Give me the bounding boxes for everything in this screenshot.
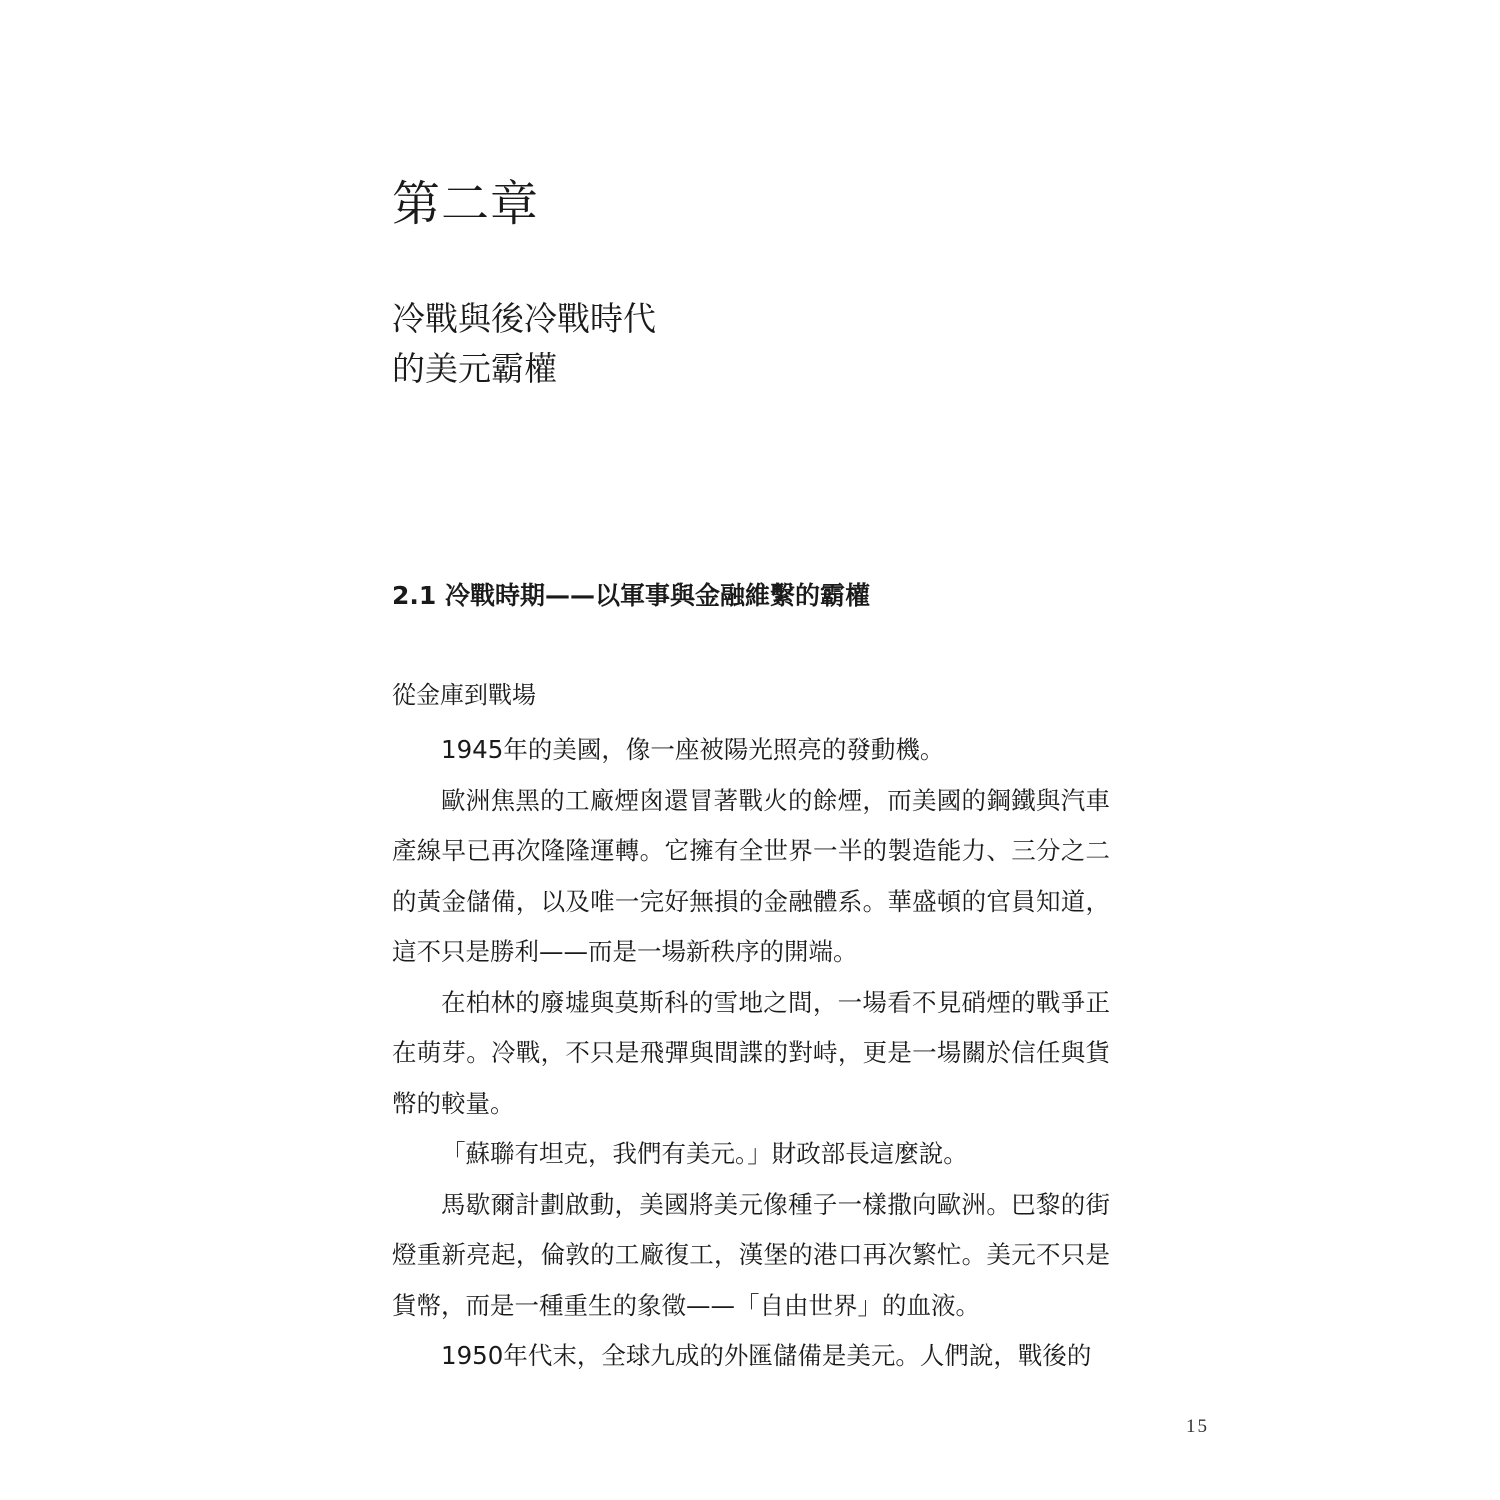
book-page: 第二章 冷戰與後冷戰時代 的美元霸權 2.1 冷戰時期——以軍事與金融維繫的霸權… [392, 0, 1112, 1500]
paragraph: 「蘇聯有坦克，我們有美元。」財政部長這麼說。 [392, 1129, 1110, 1180]
paragraph: 在柏林的廢墟與莫斯科的雪地之間，一場看不見硝煙的戰爭正在萌芽。冷戰，不只是飛彈與… [392, 978, 1110, 1130]
paragraph: 馬歇爾計劃啟動，美國將美元像種子一樣撒向歐洲。巴黎的街燈重新亮起，倫敦的工廠復工… [392, 1180, 1110, 1332]
chapter-title-line-2: 的美元霸權 [392, 344, 656, 394]
chapter-label: 第二章 [392, 174, 539, 234]
chapter-title-line-1: 冷戰與後冷戰時代 [392, 294, 656, 344]
paragraph: 1950年代末，全球九成的外匯儲備是美元。人們說，戰後的 [392, 1331, 1110, 1382]
page-number: 15 [1186, 1416, 1209, 1438]
section-heading: 2.1 冷戰時期——以軍事與金融維繫的霸權 [392, 578, 870, 614]
paragraph: 歐洲焦黑的工廠煙囪還冒著戰火的餘煙，而美國的鋼鐵與汽車產線早已再次隆隆運轉。它擁… [392, 776, 1110, 978]
chapter-title: 冷戰與後冷戰時代 的美元霸權 [392, 294, 656, 394]
paragraph: 1945年的美國，像一座被陽光照亮的發動機。 [392, 725, 1110, 776]
subsection-heading: 從金庫到戰場 [392, 677, 536, 713]
body-text: 1945年的美國，像一座被陽光照亮的發動機。 歐洲焦黑的工廠煙囪還冒著戰火的餘煙… [392, 725, 1110, 1382]
